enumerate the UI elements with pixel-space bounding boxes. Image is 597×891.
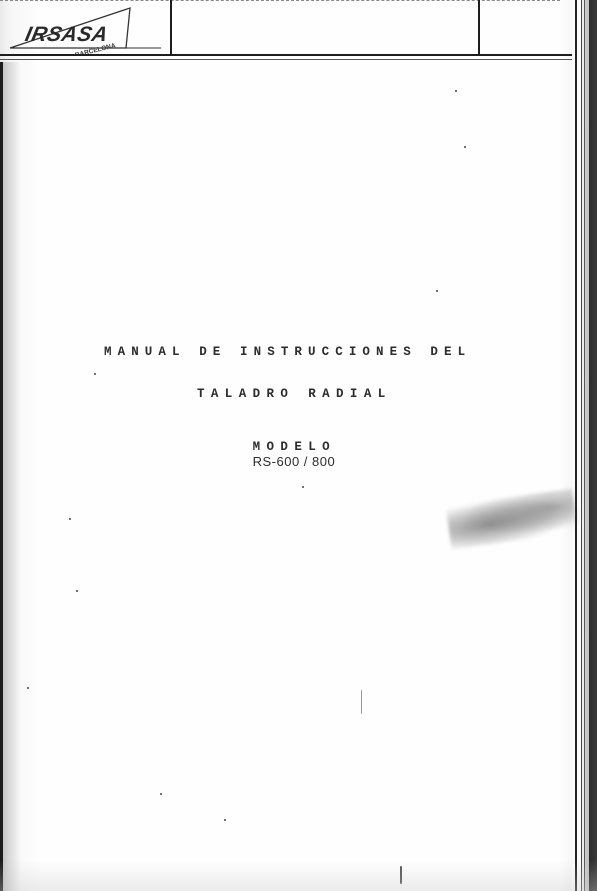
bottom-shade xyxy=(0,860,597,891)
scan-speck xyxy=(302,486,304,488)
scan-speck xyxy=(76,590,78,592)
left-binding-edge xyxy=(0,62,3,891)
logo-triangle-icon: IRSASA BARCELONA xyxy=(6,4,166,54)
header-divider xyxy=(478,0,480,54)
header-underline xyxy=(0,59,574,60)
right-binding-edge xyxy=(572,0,597,891)
page-shadow xyxy=(3,62,21,891)
scan-streak xyxy=(361,690,362,714)
scan-speck xyxy=(69,518,71,520)
scan-smudge xyxy=(446,488,579,549)
scan-speck xyxy=(224,819,226,821)
company-logo: IRSASA BARCELONA xyxy=(6,4,166,54)
scan-speck xyxy=(455,90,457,92)
scan-speck xyxy=(27,687,29,689)
scanned-page: IRSASA BARCELONA MANUAL DE INSTRUCCIONES… xyxy=(0,0,597,891)
model-label: MODELO xyxy=(253,440,336,454)
scan-speck xyxy=(94,373,96,375)
scan-speck xyxy=(160,793,162,795)
scan-speck xyxy=(464,146,466,148)
model-value: RS-600 / 800 xyxy=(253,454,336,469)
header-divider xyxy=(170,0,172,54)
title-line-1: MANUAL DE INSTRUCCIONES DEL xyxy=(104,345,471,359)
header-top-line xyxy=(0,0,560,2)
svg-text:IRSASA: IRSASA xyxy=(23,23,110,46)
scan-speck xyxy=(436,290,438,292)
model-line: MODELO RS-600 / 800 xyxy=(197,426,336,484)
title-line-2: TALADRO RADIAL xyxy=(197,387,392,401)
